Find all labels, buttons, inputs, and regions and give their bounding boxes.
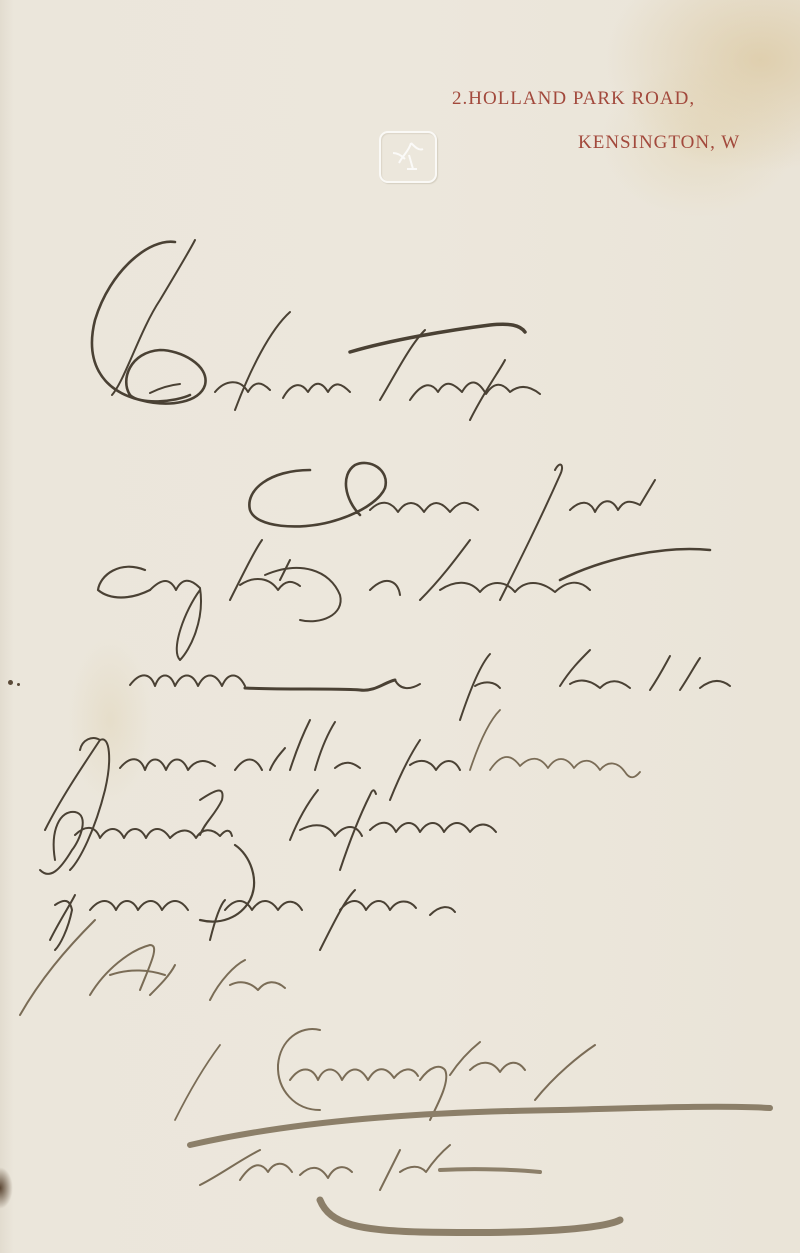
ink-spot <box>8 680 13 685</box>
handwriting-strokes <box>0 0 800 1253</box>
body-line-1-strokes <box>249 463 655 600</box>
ink-spot <box>17 683 20 686</box>
signature-strokes <box>200 1145 620 1233</box>
closing-strokes <box>175 1029 595 1120</box>
body-line-7-strokes <box>20 920 285 1015</box>
body-line-4-strokes <box>45 710 640 870</box>
body-line-6-strokes <box>50 890 455 950</box>
closing-flourish <box>190 1107 770 1145</box>
edge-stain <box>0 1163 22 1213</box>
body-line-2-strokes <box>98 540 710 660</box>
salutation-strokes <box>92 240 540 420</box>
body-line-3-strokes <box>130 650 730 720</box>
